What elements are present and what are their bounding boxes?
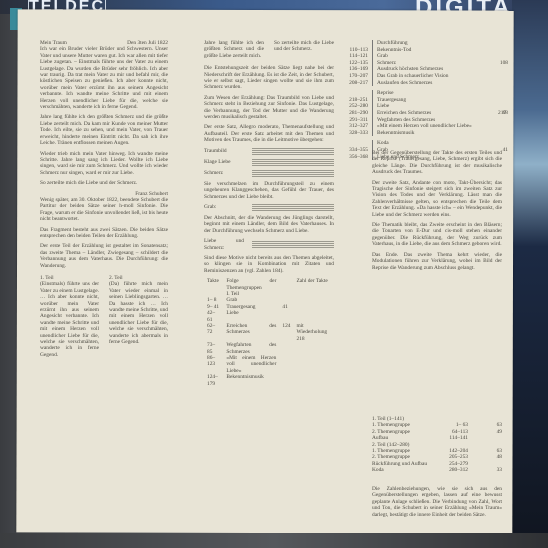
contents-count — [494, 117, 508, 124]
paragraph: Zum Wesen der Erzählung: Das Traumbild v… — [204, 95, 334, 121]
music-example: Traumbild — [204, 148, 334, 155]
table-row: 124–179Bekenntnismusik — [204, 374, 334, 387]
contents-count — [494, 97, 508, 104]
music-example-label: Klage Liebe — [204, 159, 244, 165]
count-cell — [279, 355, 293, 374]
note-cell — [293, 342, 334, 355]
paragraph: Wieder trieb mich mein Vater hinweg. Ich… — [40, 151, 168, 177]
music-example: Klage Liebe — [204, 159, 334, 166]
folge-cell: »Mit einem Herzen voll unendlicher Liebe… — [223, 355, 279, 374]
contents-label: Schmerz — [373, 60, 494, 67]
contents-range: 136–169 — [338, 66, 373, 73]
contents-row: 328–333Bekenntnismusik — [338, 130, 508, 137]
paragraph: So zerteilte mich die Liebe und der Schm… — [40, 180, 168, 186]
contents-count: 108 — [494, 60, 508, 67]
contents-row: 170–207Das Grab in schauerlicher Vision — [338, 73, 508, 80]
contents-row: Koda — [338, 140, 508, 147]
contents-range — [338, 90, 373, 97]
contents-range: 122–135 — [338, 60, 373, 67]
koda-row: Koda280–31233 — [372, 467, 502, 473]
contents-row: 291–311Wegfahrten des Schmerzes — [338, 117, 508, 124]
bar-range: 114–141 — [434, 435, 468, 441]
contents-count — [494, 47, 508, 54]
intro-split: Jahre lang fühlte ich den größten Schmer… — [204, 40, 334, 59]
contents-label: Das Grab in schauerlicher Vision — [373, 73, 494, 80]
count-cell — [279, 310, 293, 323]
table-header: Zahl der Takte — [293, 278, 334, 291]
contents-label: Reprise — [373, 90, 494, 97]
contents-count — [494, 103, 508, 110]
contents-range: 281–290 — [338, 110, 373, 117]
sleeve-artwork — [512, 0, 548, 548]
contents-row: 110–113Bekenntnis-Tod — [338, 47, 508, 54]
contents-label: Trauergesang — [373, 97, 494, 104]
contents-label: Auslaufen des Schmerzes — [373, 80, 494, 87]
contents-count — [494, 73, 508, 80]
paragraph: Das Ende. Das zweite Thema kehrt wieder,… — [372, 252, 502, 271]
contents-range: 312–327 — [338, 123, 373, 130]
bar-count — [468, 435, 502, 441]
contents-range — [338, 40, 373, 47]
contents-range — [338, 140, 373, 147]
table-row: 62– 72Erreichen des Schmerzes124mit Wied… — [204, 323, 334, 342]
music-example-grab: Grab: — [204, 204, 334, 211]
intro-left: Jahre lang fühlte ich den größten Schmer… — [204, 40, 264, 59]
contents-count — [494, 66, 508, 73]
folge-cell: Bekenntnismusik — [223, 374, 279, 387]
bar-row: Aufbau114–141 — [372, 435, 502, 441]
contents-range: 291–311 — [338, 117, 373, 124]
contents-row: 114–121Grab — [338, 53, 508, 60]
column-2: Jahre lang fühlte ich den größten Schmer… — [204, 40, 334, 387]
table-surface — [0, 533, 548, 548]
contents-range: 356–368 — [338, 154, 373, 161]
contents-list: Durchführung110–113Bekenntnis-Tod114–121… — [338, 40, 508, 164]
takte-cell: 124–179 — [204, 374, 223, 387]
paragraph: Das Fragment besteht aus zwei Sätzen. Di… — [40, 227, 168, 240]
paragraph: Der erste Satz, Allegro moderato, Themen… — [204, 124, 334, 143]
music-example-label: Grab: — [204, 204, 244, 210]
part-2: 2. Teil (Da) führte mich mein Vater wied… — [109, 275, 168, 358]
table-row: 73– 85Wegfahrten des Schmerzes — [204, 342, 334, 355]
contents-row: 281–290Erreichen des Schmerzes68 — [338, 110, 508, 117]
staff-notation-icon — [252, 241, 334, 248]
contents-row: Durchführung — [338, 40, 508, 47]
takte-cell: 62– 72 — [204, 323, 223, 342]
folge-cell: Wegfahrten des Schmerzes — [223, 342, 279, 355]
contents-range: 114–121 — [338, 53, 373, 60]
part-2-text: (Da) führte mich mein Vater wieder einma… — [109, 281, 168, 345]
contents-label: »Mit einem Herzen voll unendlicher Liebe… — [373, 123, 494, 130]
paragraph: Der erste Teil der Erzählung ist gestalt… — [40, 243, 168, 269]
bar-label: Koda — [372, 467, 434, 473]
contents-label: Wegfahrten des Schmerzes — [373, 117, 494, 124]
bar-range: 280–312 — [434, 467, 468, 473]
contents-row: 208–217Auslaufen des Schmerzes — [338, 80, 508, 87]
part-1-text: (Einstmals) führte uns der Vater zu eine… — [40, 281, 99, 358]
count-cell — [279, 374, 293, 387]
bar-label: Aufbau — [372, 435, 434, 441]
closing-paragraph: Die Zahlenbeziehungen, wie sie sich aus … — [372, 486, 502, 518]
contents-count — [494, 53, 508, 60]
contents-range: 110–113 — [338, 47, 373, 54]
paragraph: Jahre lang fühlte ich den größten Schmer… — [40, 114, 168, 146]
staff-notation-icon — [252, 204, 334, 211]
bar-structure: 1. Teil (1–141)1. Themengruppe1– 63632. … — [372, 416, 502, 474]
paragraph: Sie verschmelzen im Durchführungsteil zu… — [204, 181, 334, 200]
contents-range: 328–333 — [338, 130, 373, 137]
note-cell: mit Wiederholung 218 — [293, 323, 334, 342]
bar-count: 33 — [468, 467, 502, 473]
paragraph: Ich war ein Bruder vieler Brüder und Sch… — [40, 46, 168, 110]
staff-notation-icon — [252, 148, 334, 155]
table-header: Takte — [204, 278, 223, 291]
column-3: Bei der Gegenüberstellung der Takte des … — [372, 150, 502, 275]
music-example-liebe: Liebe und Schmerz: — [204, 238, 334, 251]
paragraph: Sind diese Motive nicht bereits aus den … — [204, 255, 334, 274]
music-example-label: Schmerz — [204, 170, 244, 176]
contents-label: Durchführung — [373, 40, 494, 47]
note-cell — [293, 374, 334, 387]
paragraph: Wenig später, am 30. Oktober 1822, beend… — [40, 197, 168, 223]
contents-count — [494, 90, 508, 97]
contents-label: Liebe — [373, 103, 494, 110]
paragraph: Bei der Gegenüberstellung der Takte des … — [372, 150, 502, 176]
music-example-label: Traumbild — [204, 148, 244, 154]
intro-right: So zerteilte mich die Liebe und der Schm… — [274, 40, 334, 59]
paragraph: Der Abschnitt, der die Wanderung des Jün… — [204, 215, 334, 234]
contents-count — [494, 123, 508, 130]
folge-cell: Liebe — [223, 310, 279, 323]
part-1: 1. Teil (Einstmals) führte uns der Vater… — [40, 275, 99, 358]
story-parts: 1. Teil (Einstmals) führte uns der Vater… — [40, 275, 168, 358]
contents-label: Bekenntnis-Tod — [373, 47, 494, 54]
contents-range: 208–217 — [338, 80, 373, 87]
paragraph: Der zweite Satz, Andante con moto, Takt-… — [372, 180, 502, 218]
note-cell — [293, 310, 334, 323]
takte-cell: 86–123 — [204, 355, 223, 374]
takte-cell: 73– 85 — [204, 342, 223, 355]
paragraph: Die Thematik bleibt, das Zweite erschein… — [372, 222, 502, 248]
music-example-label: Liebe und Schmerz: — [204, 238, 244, 251]
contents-row: 122–135Schmerz108 — [338, 60, 508, 67]
count-cell: 124 — [279, 323, 293, 342]
table-row: 42– 61Liebe — [204, 310, 334, 323]
contents-range: 334–355 — [338, 147, 373, 154]
contents-row: 252–280Liebe — [338, 103, 508, 110]
contents-label: Koda — [373, 140, 494, 147]
count-cell — [279, 342, 293, 355]
takte-table: Takte Folge der Themengruppen Zahl der T… — [204, 278, 334, 387]
column-1: Mein Traum Den 3ten Juli 1822 Ich war ei… — [40, 40, 168, 358]
contents-count — [494, 140, 508, 147]
contents-label: Grab — [373, 53, 494, 60]
contents-row: 218–251Trauergesang — [338, 97, 508, 104]
contents-count — [494, 80, 508, 87]
music-example: Schmerz — [204, 170, 334, 177]
contents-range: 170–207 — [338, 73, 373, 80]
table-row: 86–123»Mit einem Herzen voll unendlicher… — [204, 355, 334, 374]
contents-count — [494, 130, 508, 137]
table-header: Folge der Themengruppen — [223, 278, 279, 291]
contents-row: 312–327»Mit einem Herzen voll unendliche… — [338, 123, 508, 130]
takte-cell: 42– 61 — [204, 310, 223, 323]
contents-range: 252–280 — [338, 103, 373, 110]
contents-count — [494, 40, 508, 47]
paragraph: Die Entstehungszeit der beiden Sätze lie… — [204, 65, 334, 91]
contents-row: 136–169Ausdruck höchsten Schmerzes — [338, 66, 508, 73]
contents-label: Bekenntnismusik — [373, 130, 494, 137]
note-cell — [293, 355, 334, 374]
folge-cell: Erreichen des Schmerzes — [223, 323, 279, 342]
contents-row: Reprise — [338, 90, 508, 97]
contents-range: 218–251 — [338, 97, 373, 104]
contents-label: Ausdruck höchsten Schmerzes — [373, 66, 494, 73]
staff-notation-icon — [252, 159, 334, 166]
contents-label: Erreichen des Schmerzes — [373, 110, 494, 117]
staff-notation-icon — [252, 170, 334, 177]
contents-total: 217 — [498, 110, 506, 117]
